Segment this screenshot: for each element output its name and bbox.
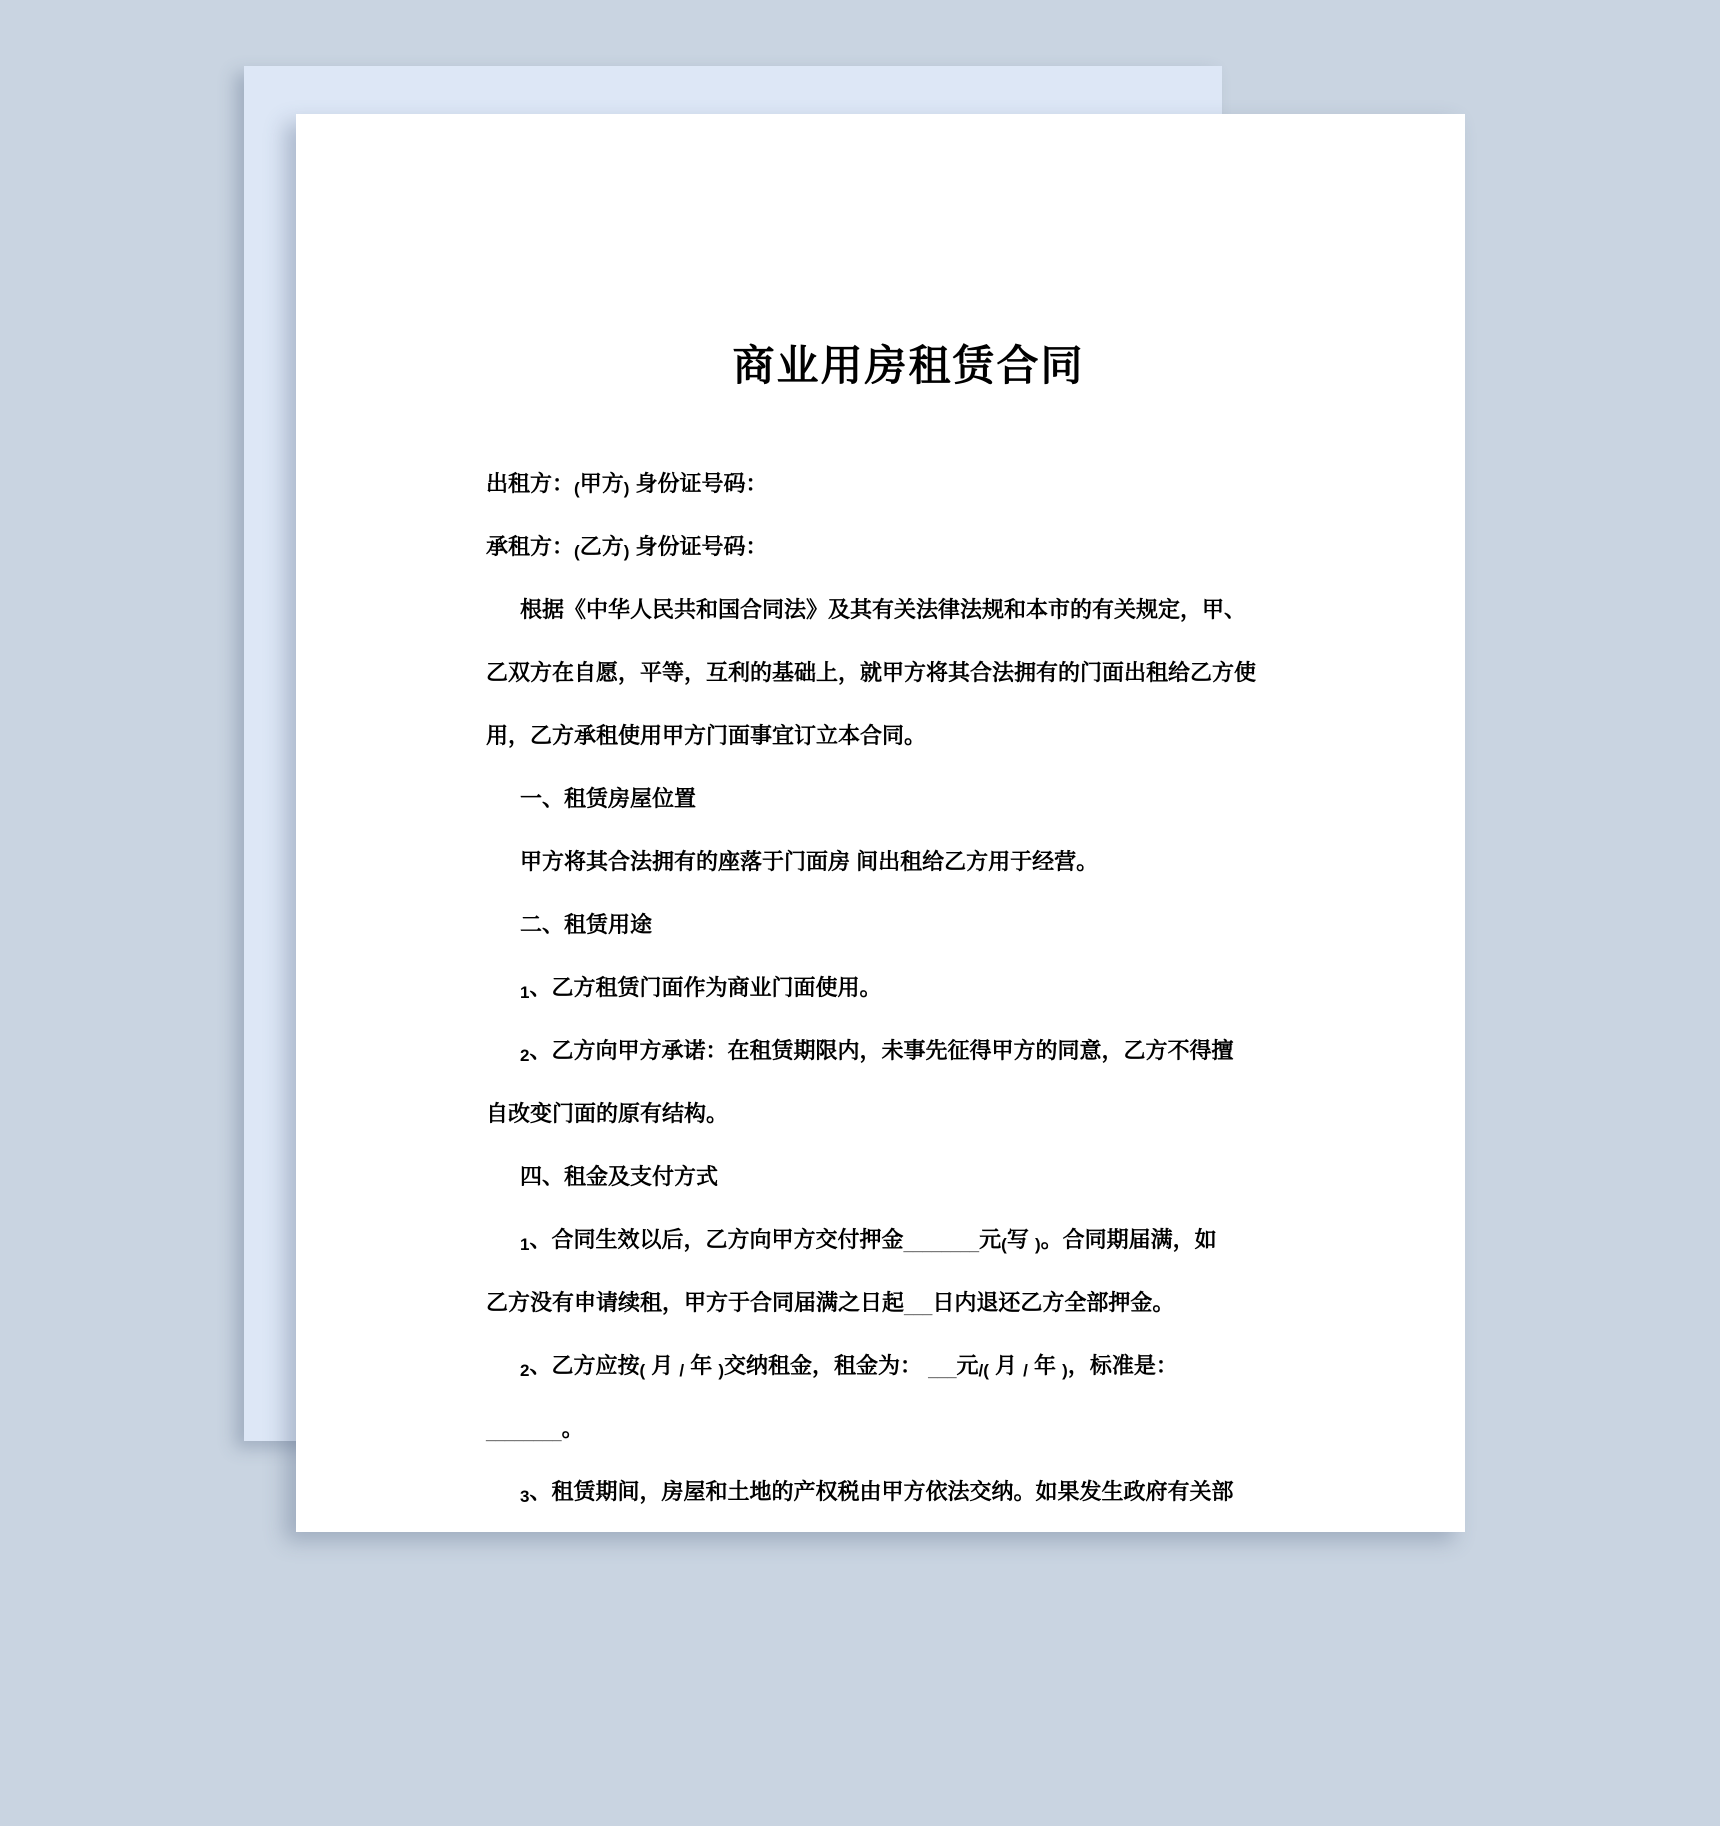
text-run-small: 3 (520, 1487, 529, 1506)
paragraph-line: 乙方没有申请续租，甲方于合同届满之日起___日内退还乙方全部押金。 (486, 1271, 1331, 1334)
text-run-small: ( (1001, 1235, 1007, 1254)
text-run-small: ( (574, 479, 580, 498)
paragraph-line: 乙双方在自愿，平等，互利的基础上，就甲方将其合法拥有的门面出租给乙方使 (486, 641, 1331, 704)
text-run-small: ) (624, 542, 630, 561)
text-run: 月 (645, 1353, 679, 1378)
text-run: 、乙方应按 (529, 1353, 639, 1378)
text-run-small: ) (1062, 1361, 1068, 1380)
text-run: 乙方 (580, 534, 624, 559)
text-run-small: ________ (486, 1424, 562, 1443)
paragraph-line: 甲方将其合法拥有的座落于门面房 间出租给乙方用于经营。 (486, 830, 1331, 893)
paragraph-line: 用，乙方承租使用甲方门面事宜订立本合同。 (486, 704, 1331, 767)
text-run: 根据《中华人民共和国合同法》及其有关法律法规和本市的有关规定，甲、 (520, 597, 1246, 622)
text-run-small: ( (639, 1361, 645, 1380)
text-run: 。 (562, 1416, 584, 1441)
text-run-small: ___ (904, 1298, 932, 1317)
text-run: 年 (684, 1353, 718, 1378)
text-run-small: ________ (903, 1235, 979, 1254)
text-run: 甲方 (580, 471, 624, 496)
text-run: 、乙方租赁门面作为商业门面使用。 (529, 975, 881, 1000)
paragraph-line: 承租方：(乙方) 身份证号码： (486, 515, 1331, 578)
text-run: 四、租金及支付方式 (520, 1164, 718, 1189)
text-run-small: 1 (520, 1235, 529, 1254)
text-run: ，标准是： (1068, 1353, 1178, 1378)
text-run: 一、租赁房屋位置 (520, 786, 696, 811)
text-run: 身份证号码： (629, 471, 767, 496)
text-run: 身份证号码： (629, 534, 767, 559)
text-run: 写 (1007, 1227, 1035, 1252)
paragraph-line: 2、乙方向甲方承诺：在租赁期限内，未事先征得甲方的同意，乙方不得擅 (486, 1019, 1331, 1082)
paragraph-line: 2、乙方应按( 月 / 年 )交纳租金，租金为： ___元/( 月 / 年 )，… (486, 1334, 1331, 1397)
paragraph-line: 3、租赁期间，房屋和土地的产权税由甲方依法交纳。如果发生政府有关部 (486, 1460, 1331, 1523)
text-run: 元 (979, 1227, 1001, 1252)
paragraph-line: 自改变门面的原有结构。 (486, 1082, 1331, 1145)
text-run-small: / (1023, 1361, 1028, 1380)
paragraph-line: 出租方：(甲方) 身份证号码： (486, 452, 1331, 515)
text-run: 甲方将其合法拥有的座落于门面房 间出租给乙方用于经营。 (520, 849, 1098, 874)
text-run: 交纳租金，租金为： (724, 1353, 928, 1378)
text-run-small: 2 (520, 1361, 529, 1380)
document-body: 出租方：(甲方) 身份证号码：承租方：(乙方) 身份证号码：根据《中华人民共和国… (486, 452, 1331, 1523)
text-run: 、租赁期间，房屋和土地的产权税由甲方依法交纳。如果发生政府有关部 (529, 1479, 1233, 1504)
text-run: 用，乙方承租使用甲方门面事宜订立本合同。 (486, 723, 926, 748)
text-run: 。合同期届满，如 (1041, 1227, 1217, 1252)
text-run-small: ___ (928, 1361, 956, 1380)
text-run: 出租方： (486, 471, 574, 496)
text-run: 乙方没有申请续租，甲方于合同届满之日起 (486, 1290, 904, 1315)
text-run-small: ( (574, 542, 580, 561)
paragraph-line: 四、租金及支付方式 (486, 1145, 1331, 1208)
text-run: 元 (957, 1353, 979, 1378)
text-run: 自改变门面的原有结构。 (486, 1101, 728, 1126)
text-run-small: ) (1035, 1235, 1041, 1254)
text-run: 、乙方向甲方承诺：在租赁期限内，未事先征得甲方的同意，乙方不得擅 (529, 1038, 1233, 1063)
paragraph-line: 根据《中华人民共和国合同法》及其有关法律法规和本市的有关规定，甲、 (486, 578, 1331, 641)
document-page: 商业用房租赁合同 出租方：(甲方) 身份证号码：承租方：(乙方) 身份证号码：根… (296, 114, 1465, 1532)
document-title: 商业用房租赁合同 (486, 336, 1331, 396)
text-run: 日内退还乙方全部押金。 (932, 1290, 1174, 1315)
text-run: 承租方： (486, 534, 574, 559)
text-run-small: / (679, 1361, 684, 1380)
text-run: 二、租赁用途 (520, 912, 652, 937)
paragraph-line: 1、乙方租赁门面作为商业门面使用。 (486, 956, 1331, 1019)
text-run-small: ) (624, 479, 630, 498)
text-run: 月 (989, 1353, 1023, 1378)
text-run-small: 1 (520, 983, 529, 1002)
paragraph-line: 二、租赁用途 (486, 893, 1331, 956)
text-run-small: ) (718, 1361, 724, 1380)
text-run: 、合同生效以后，乙方向甲方交付押金 (529, 1227, 903, 1252)
paragraph-line: 一、租赁房屋位置 (486, 767, 1331, 830)
paragraph-line: ________。 (486, 1397, 1331, 1460)
text-run-small: 2 (520, 1046, 529, 1065)
text-run: 乙双方在自愿，平等，互利的基础上，就甲方将其合法拥有的门面出租给乙方使 (486, 660, 1256, 685)
text-run-small: /( (979, 1361, 989, 1380)
text-run: 年 (1028, 1353, 1062, 1378)
paragraph-line: 1、合同生效以后，乙方向甲方交付押金________元(写 )。合同期届满，如 (486, 1208, 1331, 1271)
